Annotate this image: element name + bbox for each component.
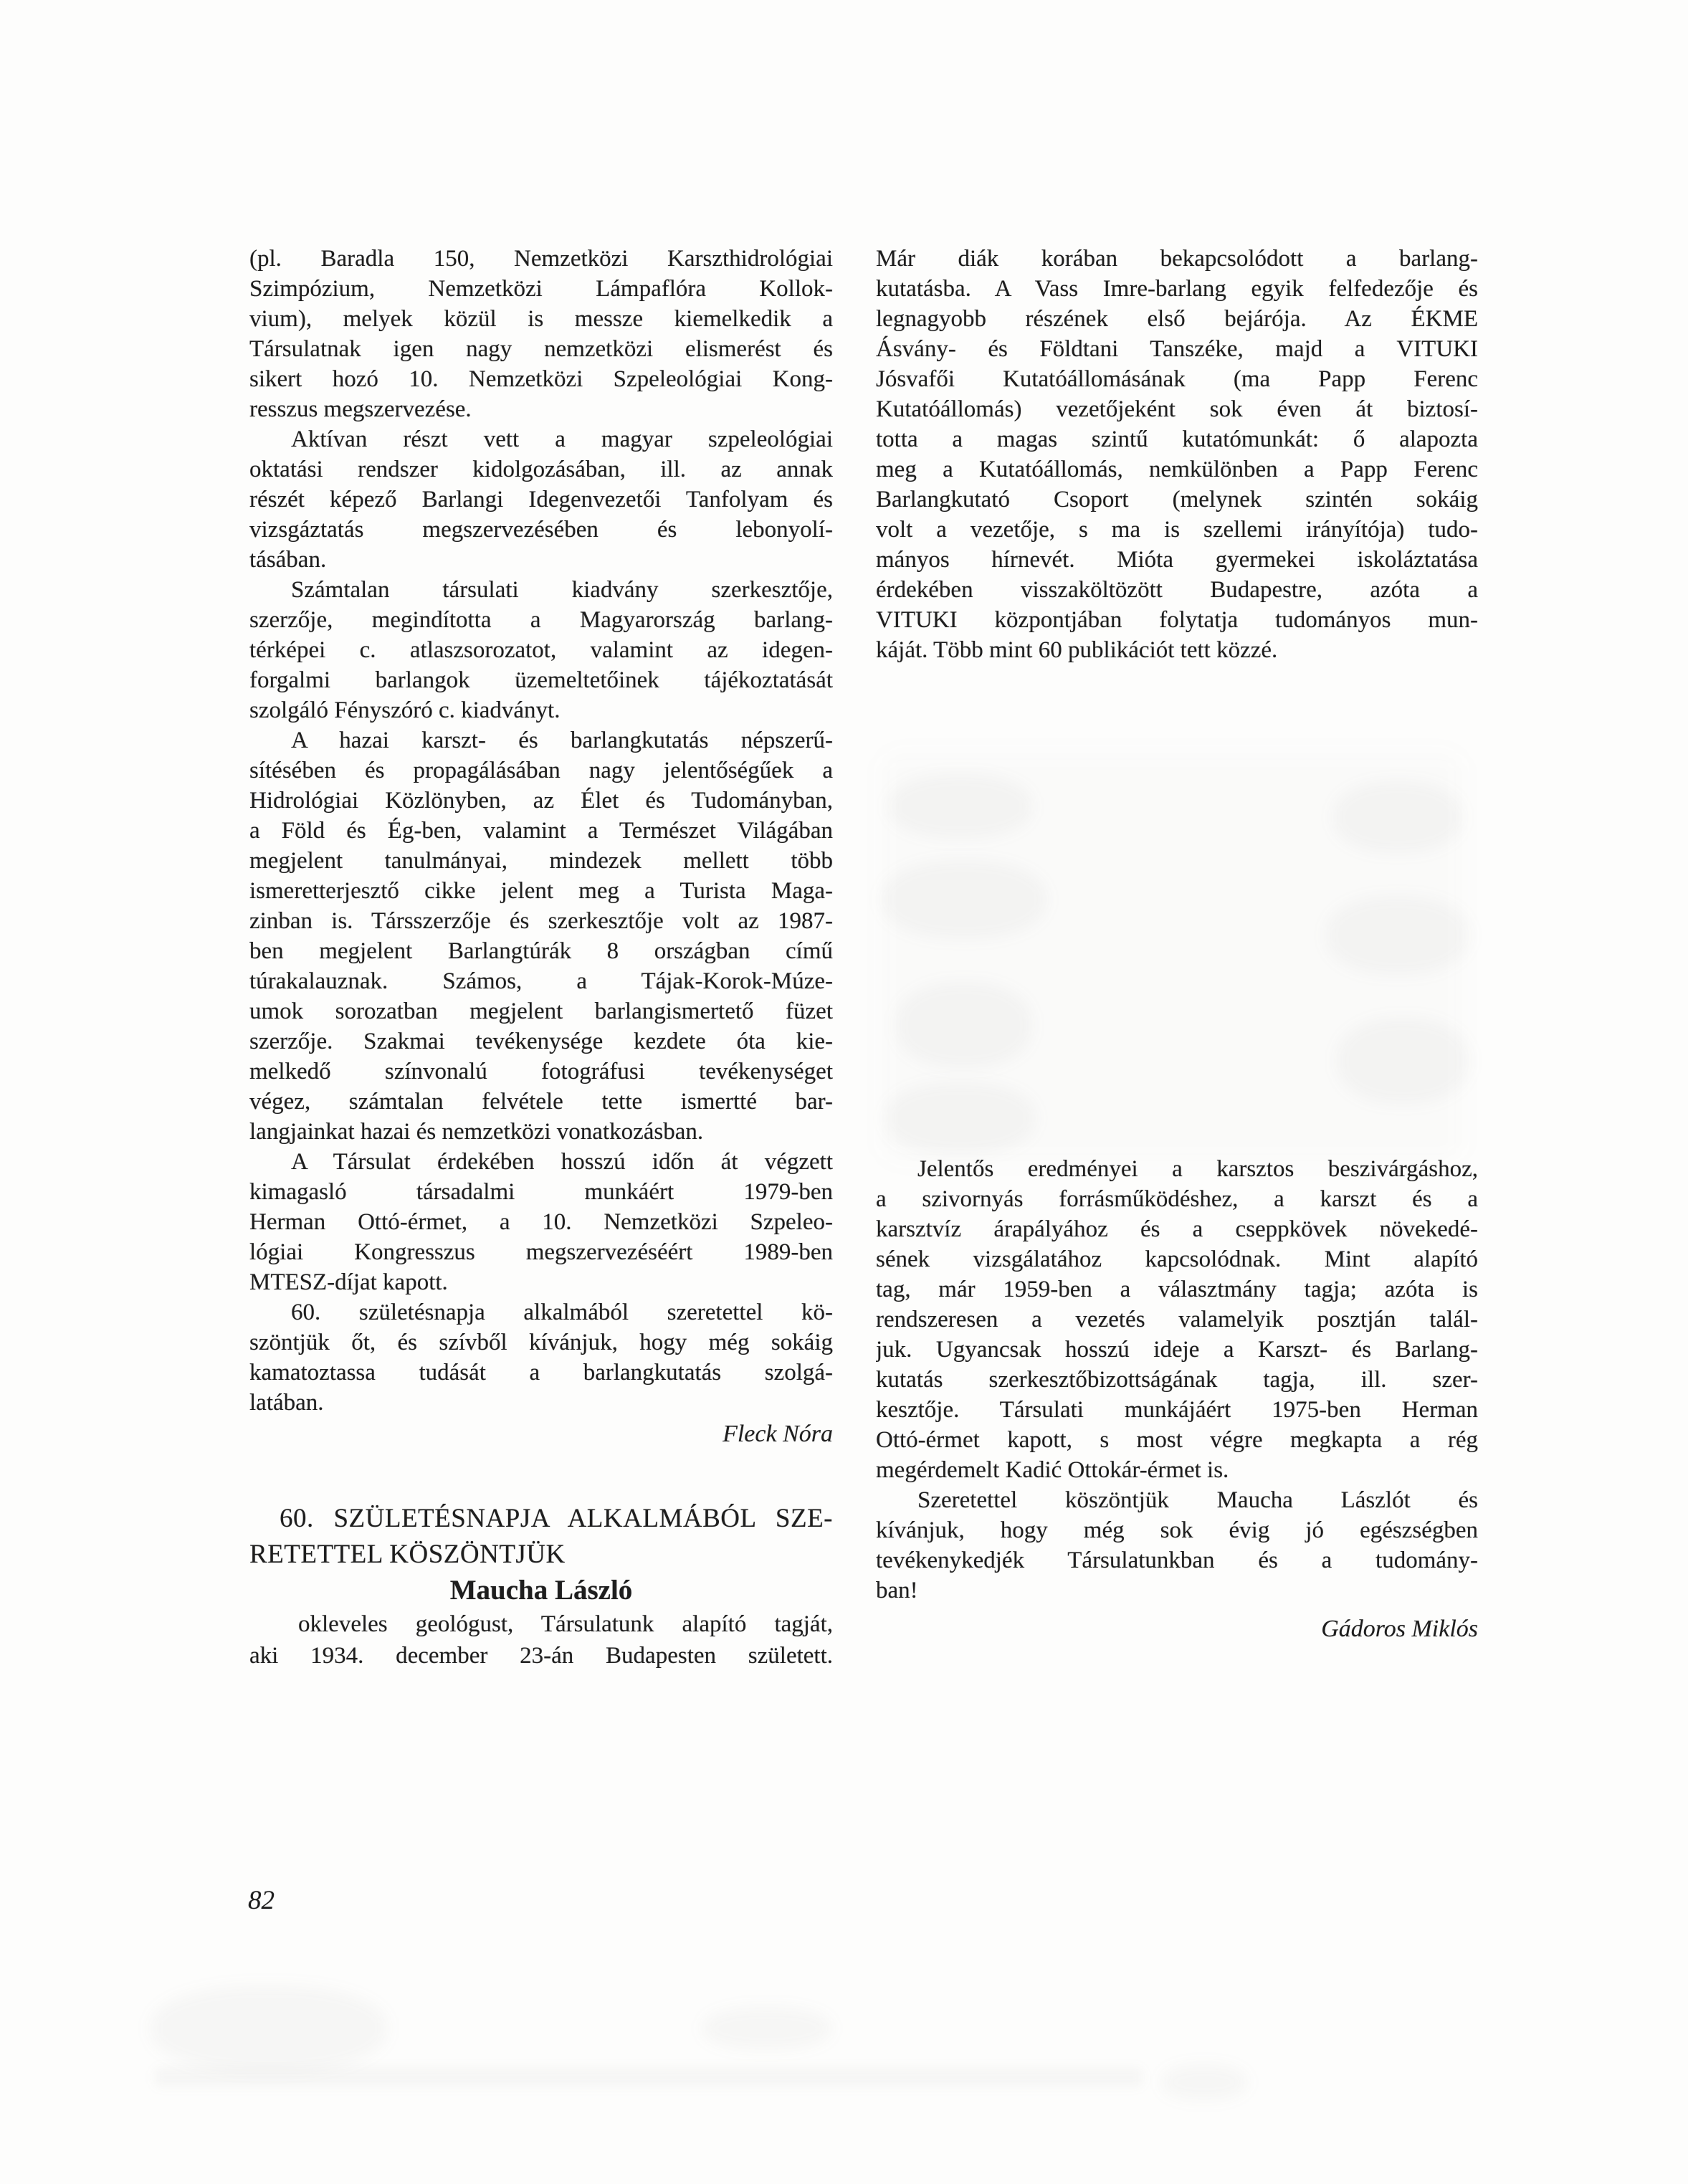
text-line: Ásvány- és Földtani Tanszéke, majd a VIT… xyxy=(876,334,1478,364)
text-line: végez, számtalan felvétele tette ismertt… xyxy=(249,1087,833,1117)
text-line: kutatás szerkesztőbizottságának tagja, i… xyxy=(876,1365,1478,1395)
text-line: a Föld és Ég-ben, valamint a Természet V… xyxy=(249,816,833,846)
right-signature: Gádoros Miklós xyxy=(876,1614,1478,1644)
text-line: megérdemelt Kadić Ottokár-érmet is. xyxy=(876,1455,1478,1485)
text-line: meg a Kutatóállomás, nemkülönben a Papp … xyxy=(876,454,1478,485)
text-line: káját. Több mint 60 publikációt tett köz… xyxy=(876,635,1478,665)
text-line: ben megjelent Barlangtúrák 8 országban c… xyxy=(249,936,833,966)
text-line: kimagasló társadalmi munkáért 1979-ben xyxy=(249,1177,833,1207)
text-line: 60. születésnapja alkalmából szeretettel… xyxy=(249,1297,833,1327)
text-line: Kutatóállomás) vezetőjeként sok éven át … xyxy=(876,394,1478,424)
text-line: térképei c. atlaszsorozatot, valamint az… xyxy=(249,635,833,665)
text-line: Barlangkutató Csoport (melynek szintén s… xyxy=(876,485,1478,515)
text-line: oktatási rendszer kidolgozásában, ill. a… xyxy=(249,454,833,485)
text-line: Jósvafői Kutatóállomásának (ma Papp Fere… xyxy=(876,364,1478,394)
scan-artifact xyxy=(151,1985,387,2071)
text-line: Már diák korában bekapcsolódott a barlan… xyxy=(876,244,1478,274)
text-line: (pl. Baradla 150, Nemzetközi Karszthidro… xyxy=(249,244,833,274)
text-line: sének vizsgálatához kapcsolódnak. Mint a… xyxy=(876,1244,1478,1274)
text-line: forgalmi barlangok üzemeltetőinek tájéko… xyxy=(249,665,833,695)
text-line: Herman Ottó-érmet, a 10. Nemzetközi Szpe… xyxy=(249,1207,833,1237)
text-line: latában. xyxy=(249,1388,833,1418)
text-line: kamatoztassa tudását a barlangkutatás sz… xyxy=(249,1358,833,1388)
scan-artifact xyxy=(889,774,1032,839)
text-line: szöntjük őt, és szívből kívánjuk, hogy m… xyxy=(249,1327,833,1358)
text-line: a szivornyás forrásműködéshez, a karszt … xyxy=(876,1184,1478,1214)
text-line: megjelent tanulmányai, mindezek mellett … xyxy=(249,846,833,876)
announcement-body-line: aki 1934. december 23-án Budapesten szül… xyxy=(249,1640,833,1672)
text-line: vium), melyek közül is messze kiemelkedi… xyxy=(249,304,833,334)
text-line: túrakalauznak. Számos, a Tájak-Korok-Múz… xyxy=(249,966,833,996)
announcement-heading-line: RETETTEL KÖSZÖNTJÜK xyxy=(249,1537,833,1573)
text-line: A Társulat érdekében hosszú időn át végz… xyxy=(249,1147,833,1177)
text-line: sítésében és propagálásában nagy jelentő… xyxy=(249,755,833,786)
text-line: ban! xyxy=(876,1575,1478,1606)
text-line: umok sorozatban megjelent barlangismerte… xyxy=(249,996,833,1026)
text-line: zinban is. Társszerzője és szerkesztője … xyxy=(249,906,833,936)
text-line: Szeretettel köszöntjük Maucha Lászlót és xyxy=(876,1485,1478,1515)
text-line: VITUKI központjában folytatja tudományos… xyxy=(876,605,1478,635)
text-line: A hazai karszt- és barlangkutatás népsze… xyxy=(249,725,833,755)
scan-artifact xyxy=(702,2007,831,2050)
text-line: tevékenykedjék Társulatunkban és a tudom… xyxy=(876,1545,1478,1575)
text-line: totta a magas szintű kutatómunkát: ő ala… xyxy=(876,424,1478,454)
text-line: szerzője, megindította a Magyarország ba… xyxy=(249,605,833,635)
text-line: tásában. xyxy=(249,545,833,575)
text-line: Ottó-érmet kapott, s most végre megkapta… xyxy=(876,1425,1478,1455)
announcement-body-line: okleveles geológust, Társulatunk alapító… xyxy=(249,1608,833,1640)
announcement-heading-line: 60. SZÜLETÉSNAPJA ALKALMÁBÓL SZE- xyxy=(249,1501,833,1537)
text-line: Szimpózium, Nemzetközi Lámpaflóra Kollok… xyxy=(249,274,833,304)
announcement-name: Maucha László xyxy=(249,1573,833,1608)
scanned-page: (pl. Baradla 150, Nemzetközi Karszthidro… xyxy=(0,0,1688,2184)
text-line: melkedő színvonalú fotográfusi tevékenys… xyxy=(249,1057,833,1087)
scan-artifact xyxy=(1161,2064,1247,2100)
text-line: Számtalan társulati kiadvány szerkesztőj… xyxy=(249,575,833,605)
scan-artifact xyxy=(896,982,1032,1068)
text-line: Hidrológiai Közlönyben, az Élet és Tudom… xyxy=(249,786,833,816)
text-line: MTESZ-díjat kapott. xyxy=(249,1267,833,1297)
right-column-upper: Már diák korában bekapcsolódott a barlan… xyxy=(876,244,1478,665)
text-line: érdekében visszaköltözött Budapestre, az… xyxy=(876,575,1478,605)
text-line: karsztvíz árapályához és a cseppkövek nö… xyxy=(876,1214,1478,1244)
scan-artifact xyxy=(1337,1018,1469,1104)
text-line: lógiai Kongresszus megszervezéséért 1989… xyxy=(249,1237,833,1267)
announcement: 60. SZÜLETÉSNAPJA ALKALMÁBÓL SZE-RETETTE… xyxy=(249,1501,833,1672)
text-line: szerzője. Szakmai tevékenysége kezdete ó… xyxy=(249,1026,833,1057)
text-line: részét képező Barlangi Idegenvezetői Tan… xyxy=(249,485,833,515)
text-line: volt a vezetője, s ma is szellemi irányí… xyxy=(876,515,1478,545)
text-line: langjainkat hazai és nemzetközi vonatkoz… xyxy=(249,1117,833,1147)
text-line: szolgáló Fényszóró c. kiadványt. xyxy=(249,695,833,725)
left-signature: Fleck Nóra xyxy=(249,1419,833,1449)
text-line: rendszeresen a vezetés valamelyik posztj… xyxy=(876,1305,1478,1335)
scan-artifact xyxy=(882,860,1046,939)
text-line: juk. Ugyancsak hosszú ideje a Karszt- és… xyxy=(876,1335,1478,1365)
text-line: ismeretterjesztő cikke jelent meg a Turi… xyxy=(249,876,833,906)
page-number: 82 xyxy=(248,1885,275,1916)
text-line: sikert hozó 10. Nemzetközi Szpeleológiai… xyxy=(249,364,833,394)
scan-artifact xyxy=(1333,781,1462,853)
text-line: kívánjuk, hogy még sok évig jó egészségb… xyxy=(876,1515,1478,1545)
text-line: Társulatnak igen nagy nemzetközi elismer… xyxy=(249,334,833,364)
text-line: tag, már 1959-ben a választmány tagja; a… xyxy=(876,1274,1478,1305)
text-line: legnagyobb részének első bejárója. Az ÉK… xyxy=(876,304,1478,334)
scan-artifact xyxy=(885,1082,1036,1154)
left-column: (pl. Baradla 150, Nemzetközi Karszthidro… xyxy=(249,244,833,1418)
scan-artifact xyxy=(1326,896,1469,975)
text-line: kesztője. Társulati munkájáért 1975-ben … xyxy=(876,1395,1478,1425)
text-line: kutatásba. A Vass Imre-barlang egyik fel… xyxy=(876,274,1478,304)
right-column-lower: Jelentős eredményei a karsztos beszivárg… xyxy=(876,1154,1478,1606)
text-line: resszus megszervezése. xyxy=(249,394,833,424)
text-line: vizsgáztatás megszervezésében és lebonyo… xyxy=(249,515,833,545)
scan-artifact xyxy=(154,2067,1143,2087)
text-line: mányos hírnevét. Mióta gyermekei iskoláz… xyxy=(876,545,1478,575)
text-line: Aktívan részt vett a magyar szpeleológia… xyxy=(249,424,833,454)
